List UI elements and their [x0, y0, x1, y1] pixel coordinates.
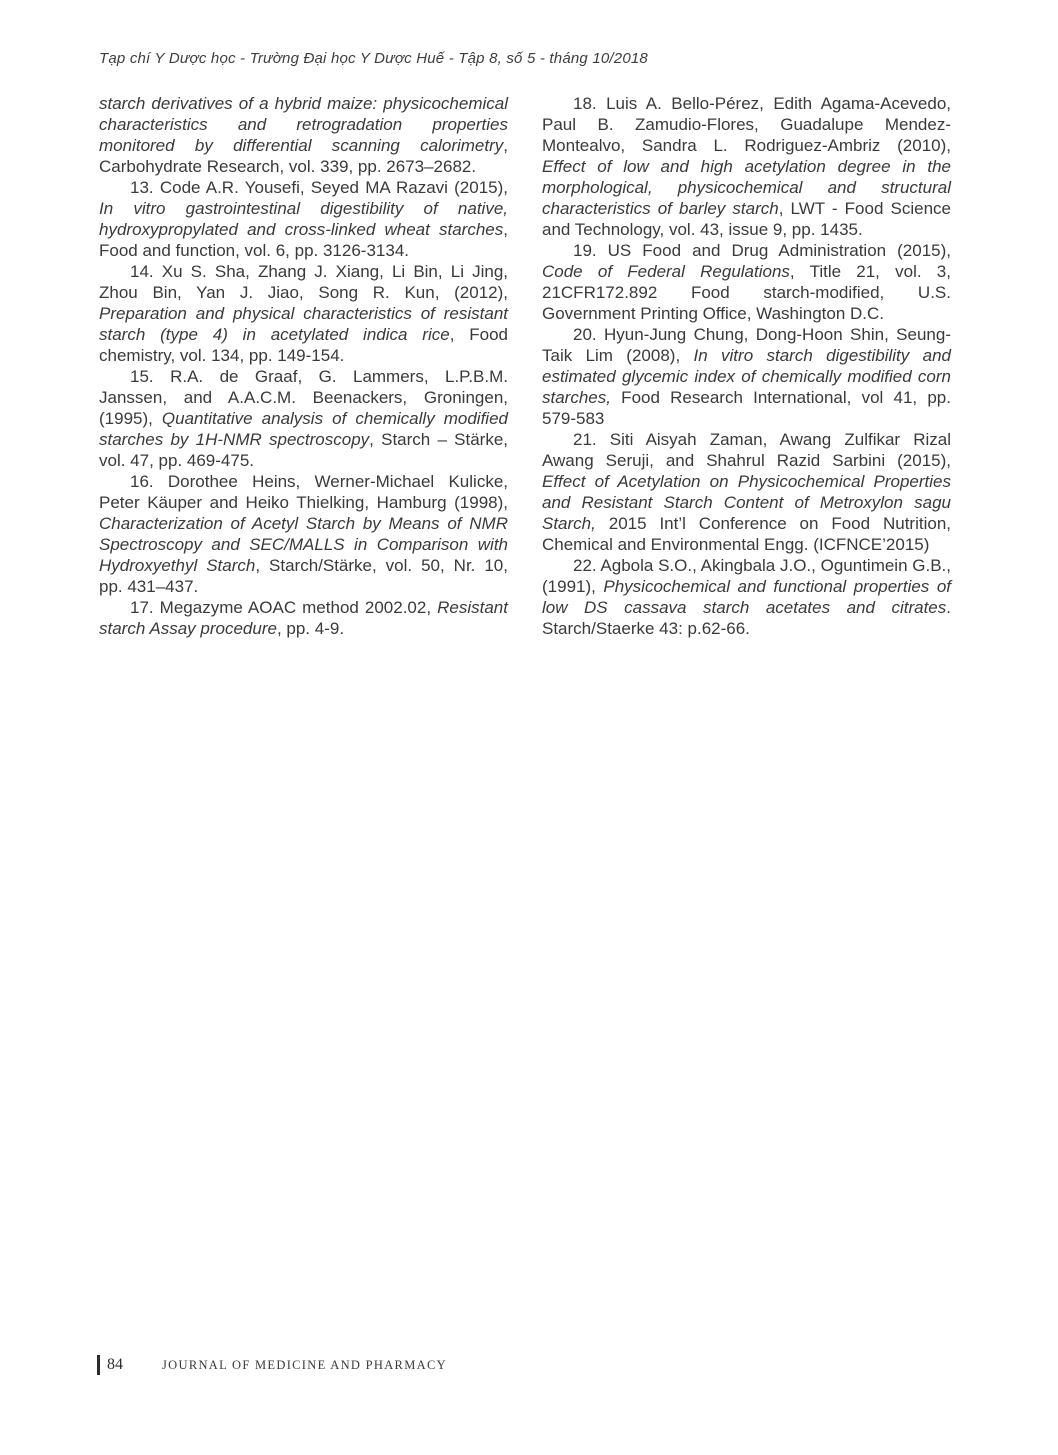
reference-paragraph: 22. Agbola S.O., Akingbala J.O., Oguntim…	[542, 555, 951, 639]
journal-page: Tạp chí Y Dược học - Trường Đại học Y Dư…	[0, 0, 1058, 1455]
reference-text: 16. Dorothee Heins, Werner-Michael Kulic…	[99, 472, 508, 512]
reference-title-italic: Code of Federal Regulations	[542, 262, 790, 281]
reference-paragraph: 18. Luis A. Bello-Pérez, Edith Agama-Ace…	[542, 93, 951, 240]
reference-text: 2015 Int’l Conference on Food Nutrition,…	[542, 514, 951, 554]
footer-rule-bar	[97, 1355, 100, 1375]
reference-text: 14. Xu S. Sha, Zhang J. Xiang, Li Bin, L…	[99, 262, 508, 302]
reference-text: 21. Siti Aisyah Zaman, Awang Zulfikar Ri…	[542, 430, 951, 470]
reference-text: , pp. 4-9.	[277, 619, 344, 638]
page-number: 84	[107, 1356, 123, 1374]
reference-paragraph: 21. Siti Aisyah Zaman, Awang Zulfikar Ri…	[542, 429, 951, 555]
reference-paragraph: 17. Megazyme AOAC method 2002.02, Resist…	[99, 597, 508, 639]
journal-header-text: Tạp chí Y Dược học - Trường Đại học Y Dư…	[99, 50, 648, 67]
references-column-left: starch derivatives of a hybrid maize: ph…	[99, 93, 508, 639]
reference-text: 17. Megazyme AOAC method 2002.02,	[130, 598, 437, 617]
references-column-right: 18. Luis A. Bello-Pérez, Edith Agama-Ace…	[542, 93, 951, 639]
page-header: Tạp chí Y Dược học - Trường Đại học Y Dư…	[99, 50, 951, 67]
reference-text: 19. US Food and Drug Administration (201…	[573, 241, 951, 260]
reference-paragraph: 20. Hyun-Jung Chung, Dong-Hoon Shin, Seu…	[542, 324, 951, 429]
reference-paragraph: 13. Code A.R. Yousefi, Seyed MA Razavi (…	[99, 177, 508, 261]
reference-text: 13. Code A.R. Yousefi, Seyed MA Razavi (…	[130, 178, 508, 197]
reference-paragraph: starch derivatives of a hybrid maize: ph…	[99, 93, 508, 177]
reference-paragraph: 14. Xu S. Sha, Zhang J. Xiang, Li Bin, L…	[99, 261, 508, 366]
reference-paragraph: 19. US Food and Drug Administration (201…	[542, 240, 951, 324]
reference-title-italic: Physicochemical and functional propertie…	[542, 577, 951, 617]
reference-paragraph: 15. R.A. de Graaf, G. Lammers, L.P.B.M. …	[99, 366, 508, 471]
page-footer: 84 JOURNAL OF MEDICINE AND PHARMACY	[97, 1355, 447, 1375]
references-columns: starch derivatives of a hybrid maize: ph…	[99, 93, 951, 639]
journal-name: JOURNAL OF MEDICINE AND PHARMACY	[162, 1358, 447, 1373]
reference-title-italic: Preparation and physical characteristics…	[99, 304, 508, 344]
reference-title-italic: starch derivatives of a hybrid maize: ph…	[99, 94, 508, 155]
reference-paragraph: 16. Dorothee Heins, Werner-Michael Kulic…	[99, 471, 508, 597]
reference-title-italic: In vitro gastrointestinal digestibility …	[99, 199, 508, 239]
reference-text: 18. Luis A. Bello-Pérez, Edith Agama-Ace…	[542, 94, 951, 155]
